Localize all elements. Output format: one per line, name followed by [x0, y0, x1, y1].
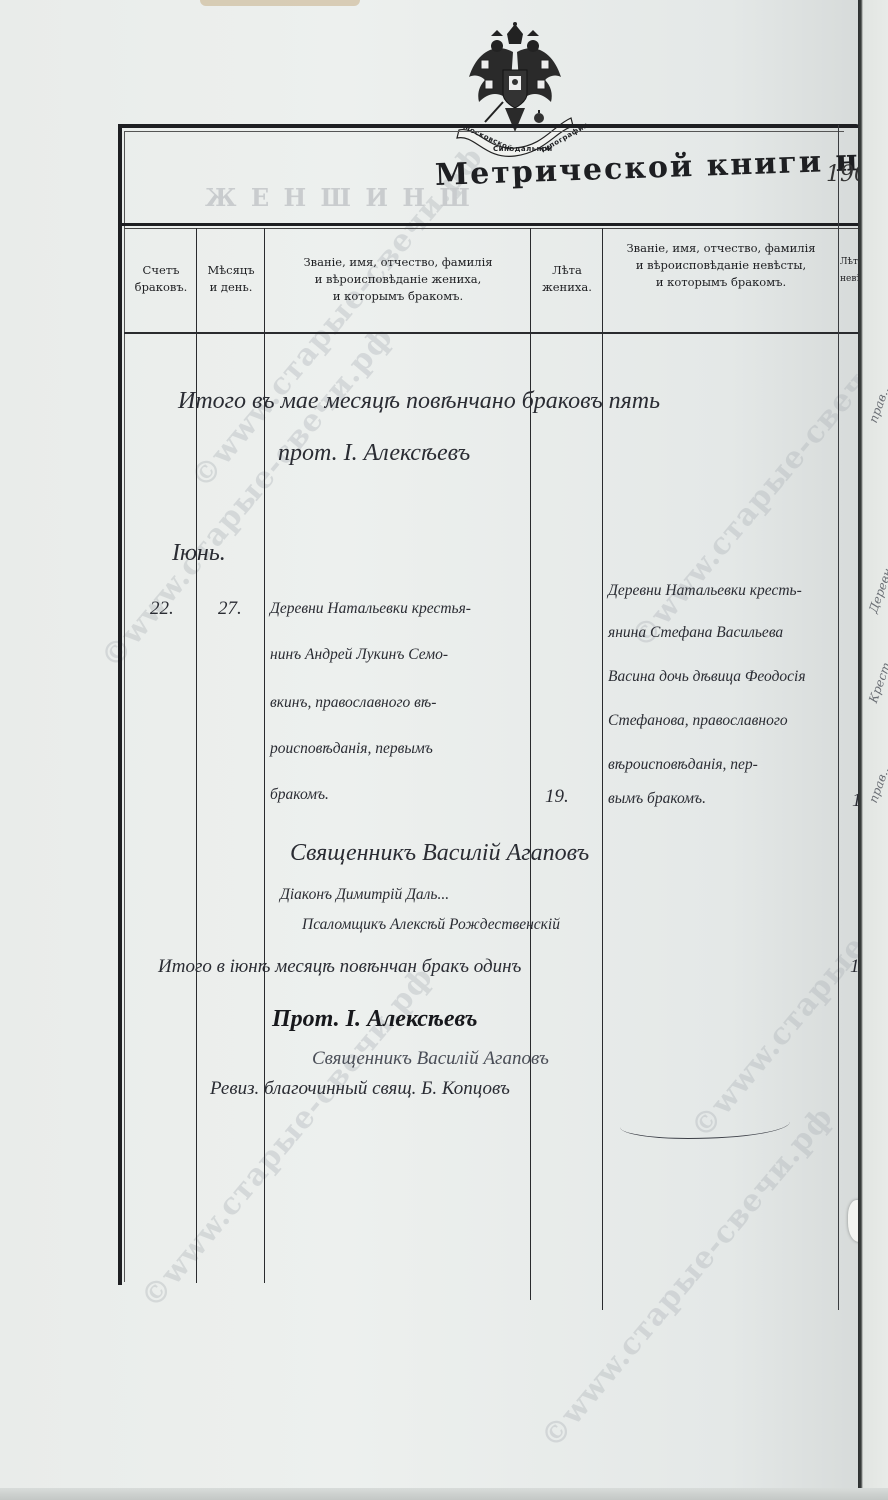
- groom-line: роисповѣданія, первымъ: [270, 740, 433, 758]
- june-total-signature: Прот. І. Алексѣевъ: [272, 1006, 478, 1033]
- watermark: ©www.старые-свечи.рф: [624, 300, 888, 655]
- record-day: 27.: [218, 598, 242, 620]
- register-page: ©www.старые-свечи.рф ©www.старые-свечи.р…: [0, 0, 858, 1500]
- signature-deacon: Діаконъ Димитрій Даль...: [280, 886, 449, 904]
- bride-line: Васина дочь дѣвица Феодосія: [608, 668, 806, 686]
- column-header-count: Счетъ браковъ.: [126, 262, 196, 296]
- signature-dean: Ревиз. благочинный свящ. Б. Копцовъ: [210, 1078, 510, 1100]
- frame-top-border: [118, 124, 860, 128]
- column-header-month-day: Мѣсяцъ и день.: [198, 262, 264, 296]
- bride-line: Стефанова, православного: [608, 712, 788, 730]
- may-total-signature: прот. І. Алексѣевъ: [278, 440, 470, 467]
- column-divider: [264, 228, 265, 1283]
- groom-line: бракомъ.: [270, 786, 329, 804]
- column-divider: [196, 228, 197, 1283]
- frame-left-border: [118, 125, 122, 1285]
- adjacent-page-edge: [858, 0, 888, 1500]
- frame-left-inner-border: [124, 132, 125, 1282]
- column-header-bottom-rule: [124, 332, 858, 334]
- bride-line: янина Стефана Васильева: [608, 624, 783, 642]
- groom-line: вкинъ, православного вѣ-: [270, 694, 436, 712]
- bride-line: Деревни Натальевки кресть-: [608, 582, 802, 600]
- header-rule-thin: [124, 228, 858, 229]
- frame-right-border: [838, 125, 839, 1310]
- signature-priest-final: Священникъ Василій Агаповъ: [312, 1048, 549, 1070]
- signature-psalmist: Псаломщикъ Алексѣй Рождественскій: [302, 916, 560, 934]
- month-label: Іюнь.: [172, 540, 226, 567]
- signature-flourish: [620, 1110, 790, 1139]
- record-number: 22.: [150, 598, 174, 620]
- page-bottom-edge: [0, 1488, 888, 1500]
- bride-line: вымъ бракомъ.: [608, 790, 706, 808]
- bride-line: вѣроисповѣданія, пер-: [608, 756, 758, 774]
- column-header-groom-age: Лѣта жениха.: [532, 262, 602, 296]
- watermark: ©www.старые-свечи.рф: [94, 320, 400, 675]
- page-top-stain: [200, 0, 360, 6]
- column-header-bride: Званіе, имя, отчество, фамилія и вѣроисп…: [604, 240, 838, 291]
- groom-line: Деревни Натальевки крестья-: [270, 600, 471, 618]
- watermark: ©www.старые-свечи.рф: [534, 1100, 840, 1455]
- frame-top-inner-border: [124, 131, 844, 132]
- header-rule: [118, 223, 858, 226]
- bride-age: 19.: [545, 786, 569, 808]
- groom-line: нинъ Андрей Лукинъ Семо-: [270, 646, 448, 664]
- june-total-line: Итого в іюнѣ месяцѣ повѣнчан бракъ одинъ: [158, 956, 521, 978]
- may-total-line: Итого въ мае месяцѣ повѣнчано браковъ пя…: [178, 388, 660, 415]
- column-header-groom: Званіе, имя, отчество, фамилія и вѣроисп…: [266, 254, 530, 305]
- eagle-emblem-icon: Московской Синодальной Типографии: [455, 22, 575, 162]
- signature-priest: Священникъ Василій Агаповъ: [290, 840, 589, 867]
- bleed-through-text: Ж Е Н Ш И Н Ш: [205, 183, 473, 212]
